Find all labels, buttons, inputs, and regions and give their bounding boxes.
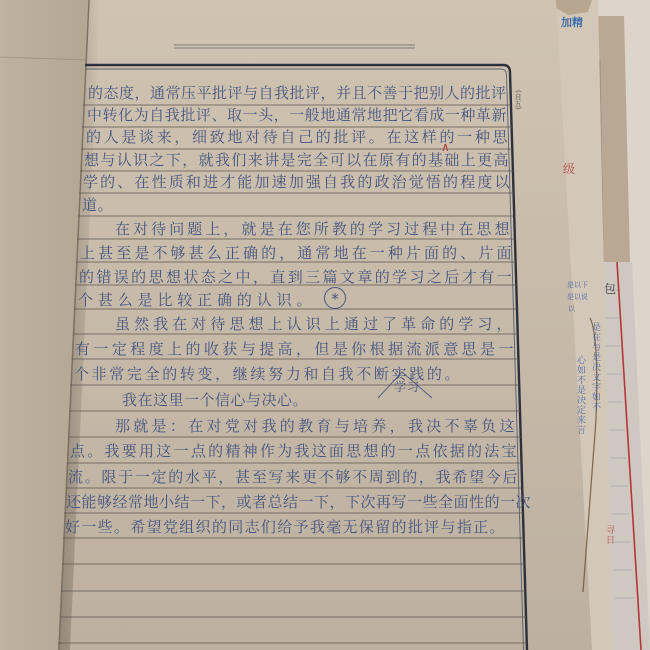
side-papers: 加精 级 包 是以下 是以说 以 是在与是决文字如不 心如不是决定来言 寻日	[0, 0, 650, 650]
side-note-vertical: 心如不是决定来言	[575, 355, 585, 435]
side-note: 是以下	[567, 280, 588, 290]
side-note: 以	[568, 304, 575, 314]
side-note: 是以说	[567, 292, 588, 302]
side-note-red-upper: 级	[563, 164, 575, 174]
side-note-dark-char: 包	[604, 284, 616, 294]
side-note-top: 加精	[561, 18, 583, 28]
side-note-red-lower: 寻日	[604, 525, 614, 545]
side-note-vertical: 是在与是决文字如不	[590, 322, 600, 412]
